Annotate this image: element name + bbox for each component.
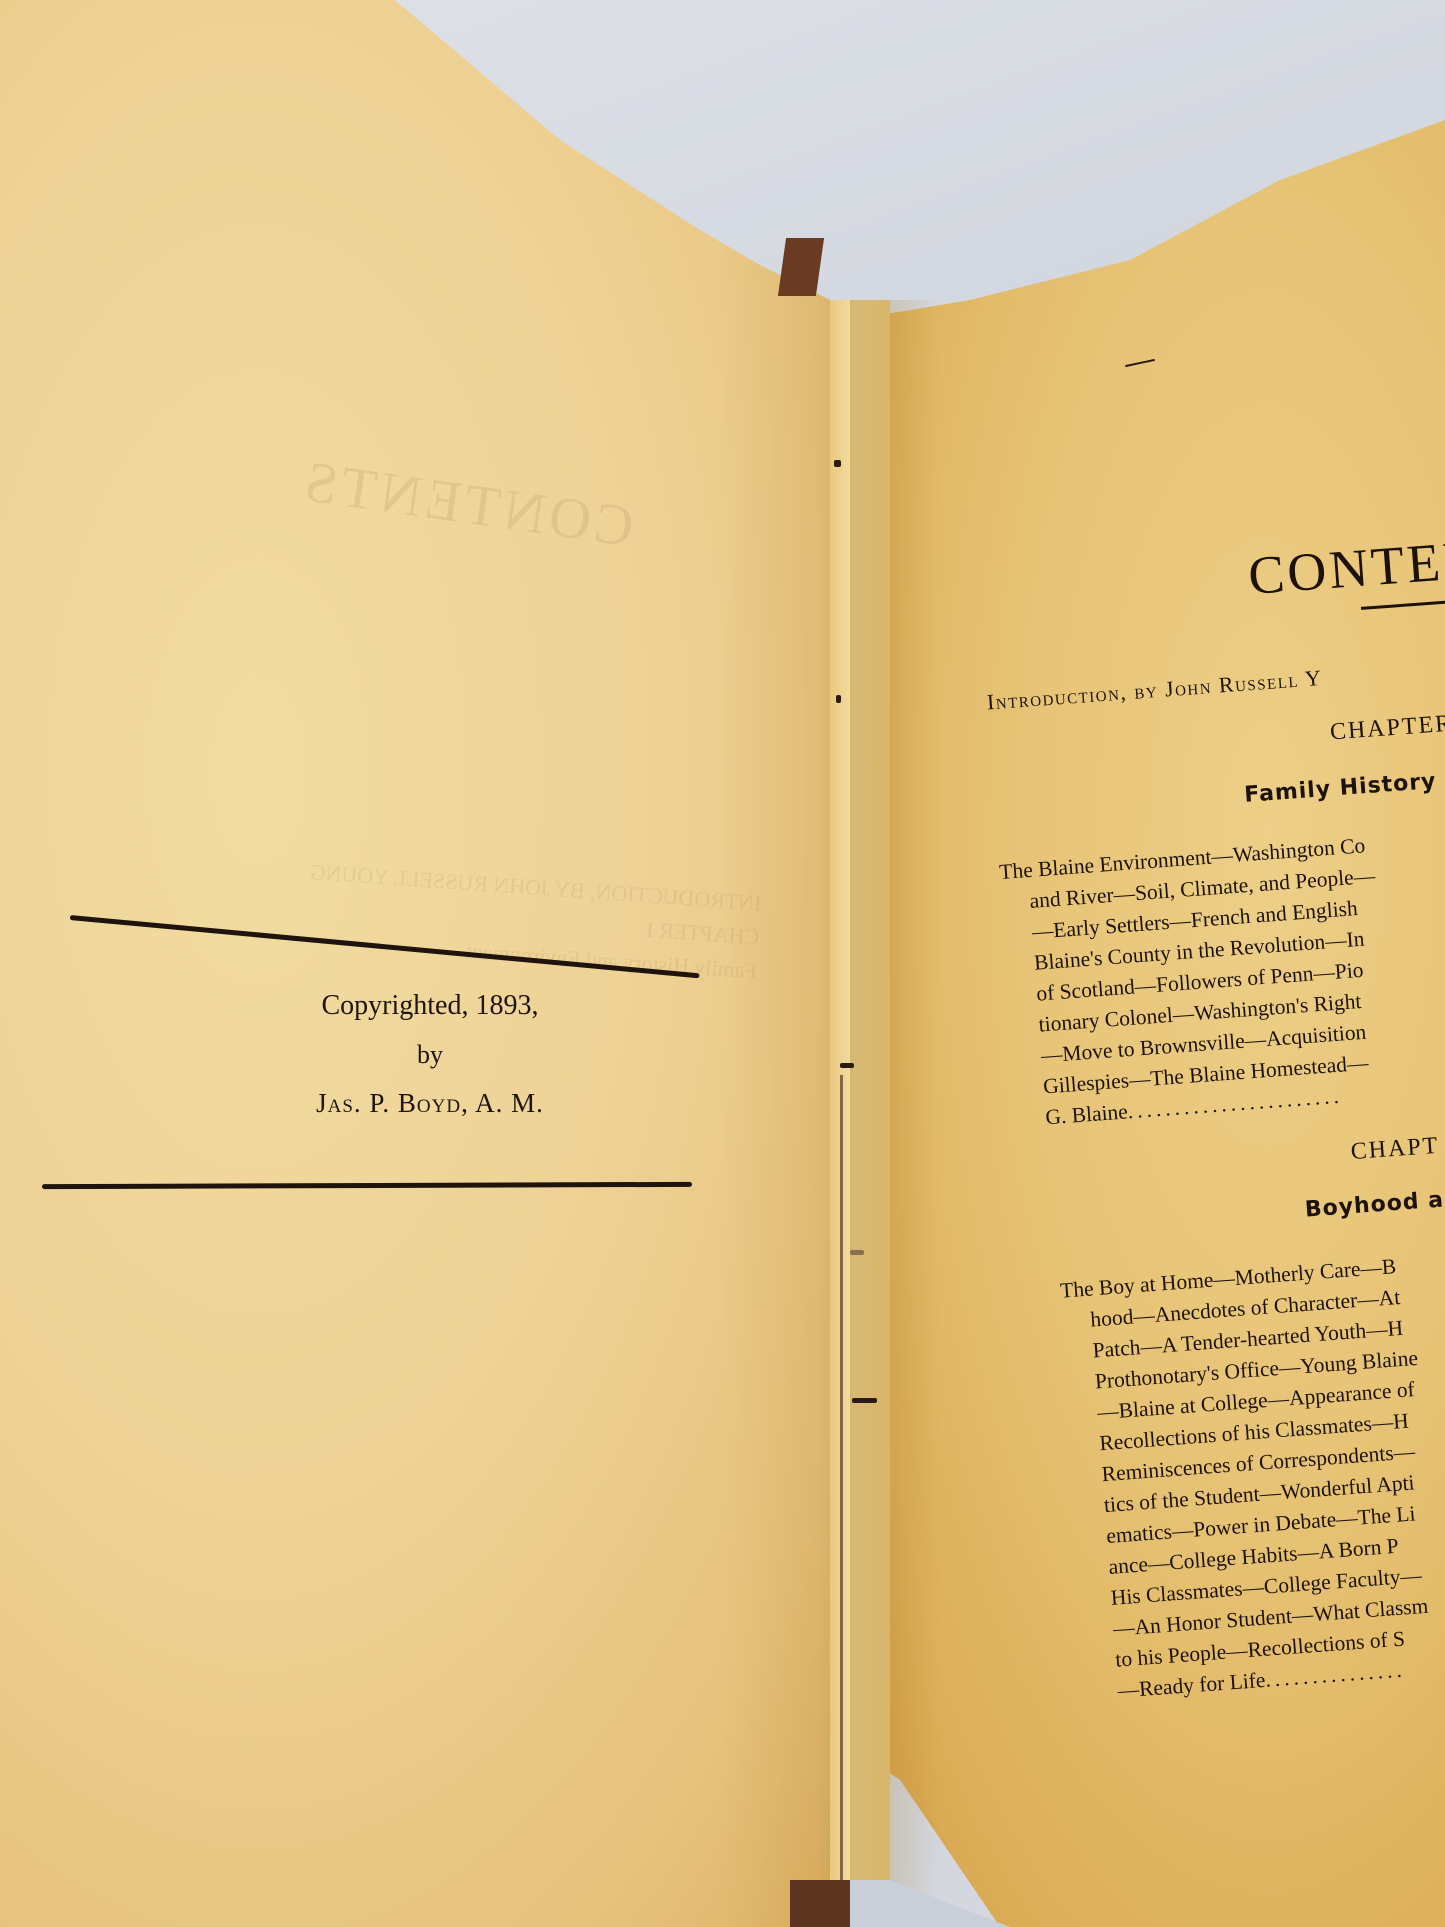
gutter-shadow — [850, 300, 940, 1900]
book-cover-top — [778, 238, 824, 296]
summary-text: —Ready for Life — [1117, 1668, 1266, 1703]
copyright-notice: Copyrighted, 1893, by Jas. P. Boyd, A. M… — [250, 990, 610, 1119]
book-cover-bottom — [790, 1880, 860, 1927]
binding-thread — [840, 1075, 843, 1885]
dot-leader: ............... — [1264, 1658, 1406, 1692]
copyright-author: Jas. P. Boyd, A. M. — [250, 1088, 610, 1119]
bleed-through-text: INTRODUCTION, BY JOHN RUSSELL YOUNG CHAP… — [0, 834, 763, 989]
binding-stitch — [852, 1398, 877, 1403]
copyright-line: Copyrighted, 1893, — [250, 990, 610, 1022]
chapter-summary: The Blaine Environment—Washington Co and… — [998, 830, 1392, 1136]
stitch-hole — [836, 695, 841, 703]
summary-text: G. Blaine — [1045, 1099, 1129, 1129]
left-page: CONTENTS INTRODUCTION, BY JOHN RUSSELL Y… — [0, 0, 860, 1927]
binding-stitch — [840, 1063, 854, 1068]
copyright-by: by — [250, 1040, 610, 1070]
stitch-hole — [834, 460, 841, 467]
binding-stitch — [850, 1250, 864, 1255]
chapter-summary: The Boy at Home—Motherly Care—B hood—Ane… — [1059, 1250, 1442, 1709]
bleed-through-title: CONTENTS — [297, 447, 638, 560]
